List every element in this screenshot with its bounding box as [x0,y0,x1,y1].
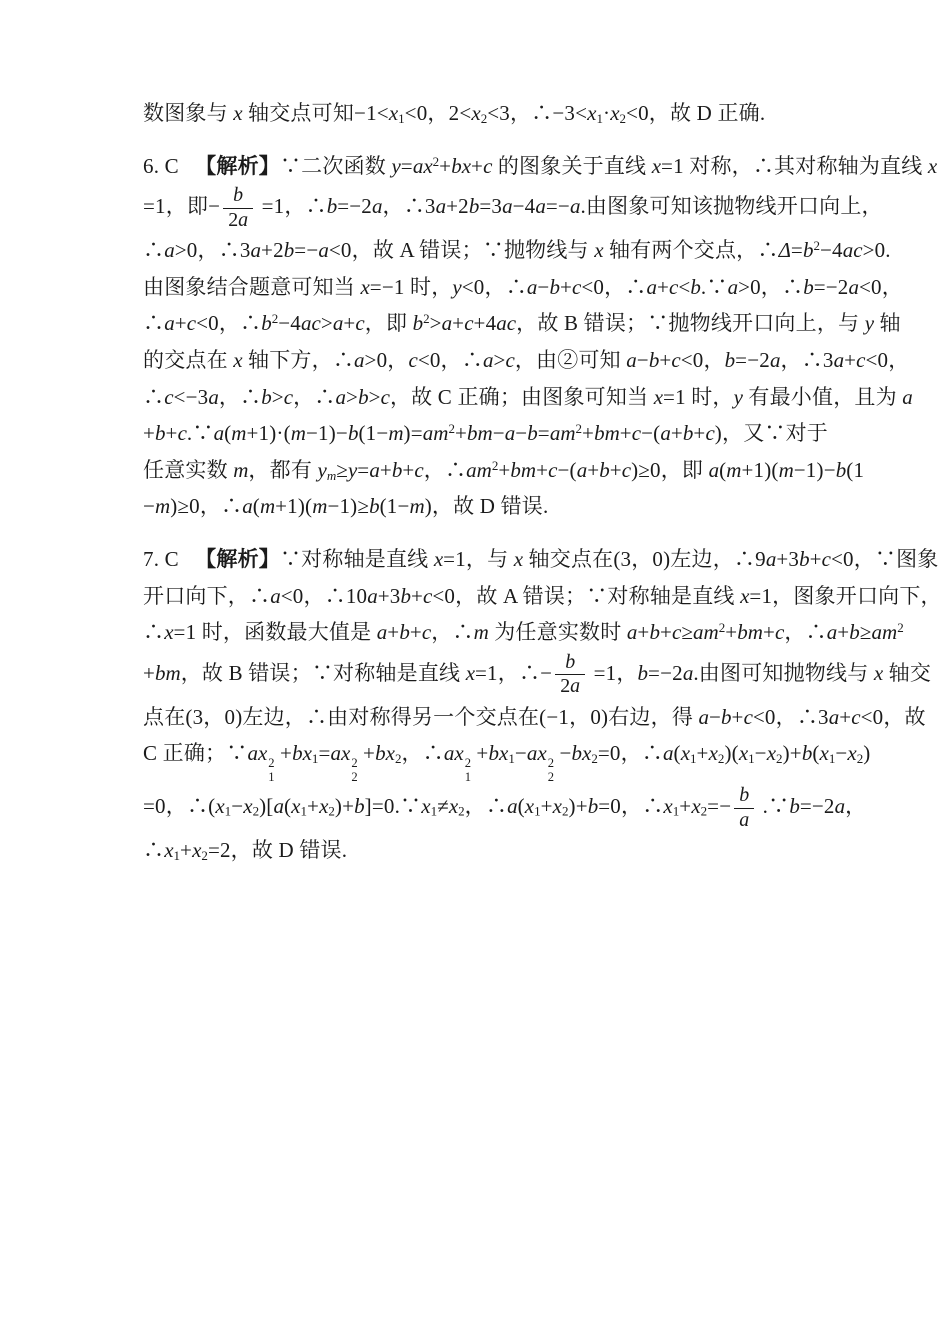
text-line: 6. C 【解析】∵二次函数 y=ax2+bx+c 的图象关于直线 x=1 对称… [143,148,833,185]
item-6-solution-paragraph: 6. C 【解析】∵二次函数 y=ax2+bx+c 的图象关于直线 x=1 对称… [143,148,833,525]
item-7-solution-paragraph: 7. C 【解析】∵对称轴是直线 x=1，与 x 轴交点在(3，0)左边，∴9a… [143,541,833,869]
text-line: −m)≥0，∴a(m+1)(m−1)≥b(1−m)，故 D 错误. [143,488,833,525]
item-previous-continuation-paragraph: 数图象与 x 轴交点可知−1<x1<0，2<x2<3，∴−3<x1·x2<0，故… [143,95,833,132]
text-line: ∴x1+x2=2，故 D 错误. [143,832,833,869]
text-line: ∴x=1 时，函数最大值是 a+b+c，∴m 为任意实数时 a+b+c≥am2+… [143,614,833,651]
text-line: 数图象与 x 轴交点可知−1<x1<0，2<x2<3，∴−3<x1·x2<0，故… [143,95,833,132]
text-line: ∴a+c<0，∴b2−4ac>a+c，即 b2>a+c+4ac，故 B 错误；∵… [143,305,833,342]
solutions-text-block: 数图象与 x 轴交点可知−1<x1<0，2<x2<3，∴−3<x1·x2<0，故… [143,95,833,885]
text-line: 的交点在 x 轴下方，∴a>0，c<0，∴a>c，由②可知 a−b+c<0，b=… [143,342,833,379]
text-line: 开口向下，∴a<0，∴10a+3b+c<0，故 A 错误；∵对称轴是直线 x=1… [143,578,833,615]
text-line: +bm，故 B 错误；∵对称轴是直线 x=1，∴−b2a =1，b=−2a.由图… [143,651,833,699]
document-page: 数图象与 x 轴交点可知−1<x1<0，2<x2<3，∴−3<x1·x2<0，故… [0,0,950,1344]
text-line: 由图象结合题意可知当 x=−1 时，y<0，∴a−b+c<0，∴a+c<b.∵a… [143,269,833,306]
text-line: 7. C 【解析】∵对称轴是直线 x=1，与 x 轴交点在(3，0)左边，∴9a… [143,541,833,578]
text-line: ∴a>0，∴3a+2b=−a<0，故 A 错误；∵抛物线与 x 轴有两个交点，∴… [143,232,833,269]
text-line: 点在(3，0)左边，∴由对称得另一个交点在(−1，0)右边，得 a−b+c<0，… [143,699,833,736]
text-line: =0，∴(x1−x2)[a(x1+x2)+b]=0.∵x1≠x2，∴a(x1+x… [143,784,833,832]
text-line: ∴c<−3a，∴b>c，∴a>b>c，故 C 正确；由图象可知当 x=1 时，y… [143,379,833,416]
text-line: =1，即−b2a =1，∴b=−2a，∴3a+2b=3a−4a=−a.由图象可知… [143,184,833,232]
text-line: C 正确；∵ax21 +bx1=ax22 +bx2，∴ax21 +bx1−ax2… [143,735,833,784]
text-line: 任意实数 m，都有 ym≥y=a+b+c，∴am2+bm+c−(a+b+c)≥0… [143,452,833,489]
text-line: +b+c.∵a(m+1)·(m−1)−b(1−m)=am2+bm−a−b=am2… [143,415,833,452]
